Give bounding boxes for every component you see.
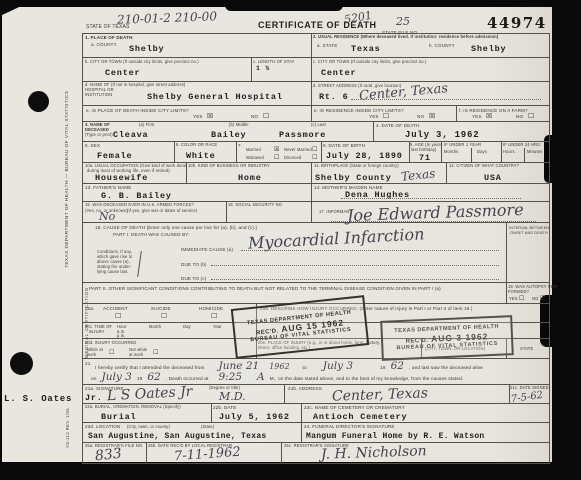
divorced-checkbox: ☐ bbox=[312, 155, 317, 161]
cell-race: 6. COLOR OR RACE White bbox=[174, 142, 237, 162]
cell-registrar-signature: 25c. REGISTRAR'S SIGNATURE J. H. Nichols… bbox=[281, 443, 549, 463]
cell-residence-in-city: e. IS RESIDENCE INSIDE CITY LIMITS? YES … bbox=[311, 106, 457, 121]
street-address-value: Rt. 6 bbox=[319, 93, 349, 102]
sex-value: Female bbox=[97, 152, 132, 161]
last-name-value: Passmore bbox=[279, 131, 326, 140]
row-parents: 13. FATHER'S NAME G. B. Bailey 14. MOTHE… bbox=[83, 184, 549, 202]
conditions-brace bbox=[137, 251, 142, 277]
certify-time-handwritten: 9:25 bbox=[218, 372, 242, 383]
death-in-city-yes-checkbox: ☒ bbox=[207, 113, 213, 120]
date-of-birth-value: July 28, 1890 bbox=[326, 152, 403, 161]
married-label: Married bbox=[246, 148, 261, 153]
farm-no-label: NO bbox=[516, 114, 523, 120]
registrar-signature-handwritten: J. H. Nicholson bbox=[321, 444, 427, 462]
certificate-number: 44974 bbox=[487, 16, 547, 31]
residence-in-city-label: e. IS RESIDENCE INSIDE CITY LIMITS? bbox=[314, 108, 404, 114]
cell-residence-city: c. CITY OR TOWN (If outside city limits,… bbox=[311, 58, 549, 81]
funeral-director-label: 24. FUNERAL DIRECTOR'S SIGNATURE bbox=[304, 424, 395, 430]
scan-corner-top-left bbox=[0, 0, 34, 16]
widowed-label: Widowed bbox=[246, 156, 264, 161]
row-name: 3. NAME OF DECEASED (Type or print) (a) … bbox=[83, 122, 549, 142]
fill-line bbox=[241, 233, 499, 251]
fill-line bbox=[351, 82, 541, 100]
location-label: 22d. LOCATION bbox=[85, 424, 120, 430]
cell-father: 13. FATHER'S NAME G. B. Bailey bbox=[83, 184, 312, 201]
month-label: Month bbox=[149, 325, 161, 330]
death-city-value: Center bbox=[105, 69, 140, 78]
hole-punch-top bbox=[28, 91, 49, 112]
residence-city-value: Center bbox=[321, 69, 356, 78]
homicide-checkbox: ☐ bbox=[211, 313, 217, 320]
cell-if-under-1-year: IF UNDER 1 YEAR Months Days bbox=[441, 142, 502, 162]
row-registrar: 25a. REGISTRAR'S FILE NO. 833 25b. DATE … bbox=[83, 443, 549, 463]
day-label: Day bbox=[183, 325, 191, 330]
place-of-death-section-label: 1. PLACE OF DEATH bbox=[85, 35, 133, 41]
hospital-value: Shelby General Hospital bbox=[147, 93, 283, 102]
months-label: Months bbox=[444, 150, 458, 155]
certify-text-2d: M., on the date stated above, and to the… bbox=[270, 378, 464, 383]
accident-label: ACCIDENT bbox=[103, 306, 128, 312]
days-label: Days bbox=[477, 150, 487, 155]
hole-punch-bottom bbox=[10, 352, 33, 375]
father-value: G. B. Bailey bbox=[101, 192, 172, 201]
armed-forces-handwritten: No bbox=[99, 211, 115, 222]
cell-cause-of-death: 18. CAUSE OF DEATH [Enter only one cause… bbox=[83, 223, 507, 282]
county-value: Shelby bbox=[129, 45, 164, 54]
cell-physician-signature: 21a. SIGNATURE Jr. L S Oates Jr (Degree … bbox=[83, 385, 285, 403]
cell-usual-residence: 2. USUAL RESIDENCE (Where deceased lived… bbox=[311, 34, 549, 57]
part2-label: PART II. OTHER SIGNIFICANT CONDITIONS CO… bbox=[89, 286, 441, 292]
address-label: 21b. ADDRESS bbox=[288, 386, 322, 392]
name-label-3: (Type or print) bbox=[85, 133, 113, 138]
burial-label: 22a. BURIAL, CREMATION, REMOVAL (Specify… bbox=[85, 405, 181, 410]
year-label: Year bbox=[213, 325, 222, 330]
suicide-checkbox: ☐ bbox=[161, 313, 167, 320]
cause-of-death-section-label: 18. CAUSE OF DEATH [Enter only one cause… bbox=[95, 225, 257, 231]
race-label: 6. COLOR OR RACE bbox=[176, 143, 217, 148]
cell-marital-status: 7. Married ☒ Never Married ☐ Widowed ☐ D… bbox=[236, 142, 322, 162]
minutes-label: Minutes bbox=[527, 150, 542, 155]
certify-text-2a: on bbox=[91, 378, 97, 383]
suicide-label: SUICIDE bbox=[151, 306, 171, 312]
burial-value: Burial bbox=[101, 413, 136, 422]
row-city: b. CITY OR TOWN (If outside city limits,… bbox=[83, 58, 549, 82]
cell-birthplace: 11. BIRTHPLACE (State or foreign country… bbox=[311, 163, 447, 183]
cell-funeral-director: 24. FUNERAL DIRECTOR'S SIGNATURE Mangum … bbox=[301, 423, 549, 442]
burial-date-label: 22b. DATE bbox=[213, 405, 236, 411]
while-at-work-label-2: work bbox=[87, 353, 96, 358]
cell-burial-date: 22b. DATE July 5, 1962 bbox=[211, 404, 302, 422]
cell-citizen: 12. CITIZEN OF WHAT COUNTRY? USA bbox=[446, 163, 549, 183]
residence-on-farm-label: f. IS RESIDENCE ON A FARM? bbox=[459, 108, 528, 114]
age-value: 71 bbox=[419, 154, 431, 163]
degree-handwritten: M.D. bbox=[219, 391, 246, 402]
cell-hospital: d. NAME OF (If not in hospital, give str… bbox=[83, 82, 312, 105]
cell-burial-location: 22d. LOCATION (City, town, or county) (S… bbox=[83, 423, 302, 442]
county-label: a. COUNTY bbox=[91, 42, 117, 48]
due-to-c-label: DUE TO (c) bbox=[181, 276, 206, 282]
cell-mother: 14. MOTHER'S MAIDEN NAME Dena Hughes bbox=[311, 184, 549, 201]
cell-registrar-date: 25b. DATE REC'D BY LOCAL REGISTRAR 7-11-… bbox=[146, 443, 282, 463]
cell-interval: INTERVAL BETWEEN ONSET AND DEATH bbox=[506, 223, 549, 282]
first-name-value: Cleava bbox=[113, 131, 148, 140]
cell-death-city: b. CITY OR TOWN (If outside city limits,… bbox=[83, 58, 252, 81]
certify-text-2c: . Death occurred at bbox=[166, 378, 209, 383]
cell-injury-occurred: 20d. INJURY OCCURRED While at work ☐ Not… bbox=[83, 339, 257, 358]
location-sub-city: (City, town, or county) bbox=[127, 425, 170, 430]
divider bbox=[524, 148, 525, 163]
autopsy-no-label: NO bbox=[532, 297, 538, 302]
location-sub-state: (State) bbox=[201, 425, 214, 430]
part1-label: PART I. DEATH WAS CAUSED BY: bbox=[113, 232, 190, 238]
row-armed-forces: 15. WAS DECEASED EVER IN U.S. ARMED FORC… bbox=[83, 202, 549, 223]
residence-in-city-no-checkbox: ☒ bbox=[429, 113, 435, 120]
cell-sex: 5. SEX Female bbox=[83, 142, 175, 162]
cell-name-of-deceased: 3. NAME OF DECEASED (Type or print) (a) … bbox=[83, 122, 374, 141]
certify-to-year-handwritten: 62 bbox=[391, 361, 404, 372]
certification-item-label: 21. bbox=[85, 361, 92, 367]
location-value: San Augustine, San Augustine, Texas bbox=[88, 433, 267, 441]
cell-place-of-death-county: 1. PLACE OF DEATH a. COUNTY Shelby bbox=[83, 34, 312, 57]
due-to-b-label: DUE TO (b) bbox=[181, 262, 207, 268]
father-label: 13. FATHER'S NAME bbox=[85, 185, 131, 191]
fill-line bbox=[211, 265, 499, 280]
scan-edge-right bbox=[552, 0, 581, 480]
date-of-birth-label: 8. DATE OF BIRTH bbox=[323, 143, 365, 149]
cell-occupation: 10a. USUAL OCCUPATION (Give kind of work… bbox=[83, 163, 187, 183]
cell-burial: 22a. BURIAL, CREMATION, REMOVAL (Specify… bbox=[83, 404, 212, 422]
residence-county-value: Shelby bbox=[471, 45, 506, 54]
autopsy-yes-label: YES bbox=[509, 297, 518, 302]
autopsy-no-checkbox: ☐ bbox=[540, 296, 545, 302]
cell-business: 10b. KIND OF BUSINESS OR INDUSTRY Home bbox=[186, 163, 312, 183]
first-name-label: (a) First bbox=[139, 123, 154, 128]
farm-yes-label: YES bbox=[472, 114, 482, 120]
death-in-city-label: e. IS PLACE OF DEATH INSIDE CITY LIMITS? bbox=[86, 108, 189, 114]
under-1-year-label: IF UNDER 1 YEAR bbox=[444, 143, 481, 148]
marital-label: 7. bbox=[238, 143, 242, 149]
certify-from-year-handwritten: 1962 bbox=[269, 363, 289, 371]
not-while-at-work-label-2: at work bbox=[129, 353, 143, 358]
usual-residence-section-label: 2. USUAL RESIDENCE (Where deceased lived… bbox=[313, 35, 498, 40]
death-in-city-yes-label: YES bbox=[193, 114, 203, 120]
scan-edge-left bbox=[0, 0, 2, 480]
date-of-death-value: July 3, 1962 bbox=[405, 131, 479, 140]
fill-line bbox=[211, 251, 499, 266]
hospital-label-3: INSTITUTION bbox=[85, 93, 112, 98]
while-at-work-checkbox: ☐ bbox=[109, 350, 114, 356]
certify-meridiem-handwritten: A bbox=[257, 372, 265, 383]
scan-edge-bottom bbox=[0, 462, 581, 480]
interval-label-1: INTERVAL BETWEEN bbox=[509, 226, 549, 231]
certificate-form: 1. PLACE OF DEATH a. COUNTY Shelby 2. US… bbox=[82, 33, 550, 464]
farm-no-checkbox: ☐ bbox=[528, 113, 534, 120]
cell-age: 9. AGE (In years last birthday) 71 bbox=[409, 142, 442, 162]
certify-on-handwritten: July 3 bbox=[102, 372, 132, 383]
cell-informant: 17. INFORMANT Joe Edward Passmore bbox=[311, 202, 549, 222]
funeral-director-value: Mangum Funeral Home by R. E. Watson bbox=[306, 433, 485, 441]
margin-typed-physician-name: L. S. Oates bbox=[4, 395, 72, 404]
cell-physician-address: 21b. ADDRESS Center, Texas bbox=[284, 385, 510, 403]
cell-length-of-stay: c. LENGTH OF STAY 1 ½ bbox=[251, 58, 312, 81]
injury-occurred-label: 20d. INJURY OCCURRED bbox=[85, 341, 137, 346]
middle-name-value: Bailey bbox=[211, 131, 246, 140]
homicide-label: HOMICIDE bbox=[199, 306, 223, 312]
fill-line bbox=[341, 184, 521, 199]
row-demographics: 5. SEX Female 6. COLOR OR RACE White 7. … bbox=[83, 142, 549, 163]
received-stamp-local: TEXAS DEPARTMENT OF HEALTH REC'D. AUG 3 … bbox=[380, 315, 514, 361]
residence-in-city-yes-label: YES bbox=[369, 114, 379, 120]
residence-in-city-yes-checkbox: ☐ bbox=[383, 113, 389, 120]
manner-item-label: 20a. bbox=[85, 306, 95, 312]
citizen-value: USA bbox=[484, 174, 502, 183]
row-hospital: d. NAME OF (If not in hospital, give str… bbox=[83, 82, 549, 106]
certify-on-year-handwritten: 62 bbox=[147, 372, 160, 383]
death-in-city-no-label: NO bbox=[251, 114, 258, 120]
under-24-hrs-label: IF UNDER 24 HRS. bbox=[503, 143, 541, 148]
never-married-checkbox: ☐ bbox=[312, 147, 317, 153]
address-handwritten: Center, Texas bbox=[332, 386, 428, 403]
handwritten-district-codes: 210-01-2 210-00 bbox=[117, 10, 217, 25]
cemetery-value: Antioch Cemetery bbox=[313, 413, 407, 422]
never-married-label: Never Married bbox=[284, 148, 312, 153]
cell-date-signed: 21c. DATE SIGNED 7-5-62 bbox=[509, 385, 549, 403]
certify-text-2b: 19 bbox=[137, 378, 143, 383]
physician-signature-handwritten: L S Oates Jr bbox=[107, 385, 193, 403]
row-occupation: 10a. USUAL OCCUPATION (Give kind of work… bbox=[83, 163, 549, 184]
residence-state-label: a. STATE bbox=[317, 43, 337, 49]
death-in-city-no-checkbox: ☐ bbox=[263, 113, 269, 120]
row-signature: 21a. SIGNATURE Jr. L S Oates Jr (Degree … bbox=[83, 385, 549, 404]
residence-city-label: c. CITY OR TOWN (If outside city limits,… bbox=[313, 60, 427, 65]
cell-time-of-injury: 20c. TIME OF INJURY Hour a.m. p.m. Month… bbox=[83, 323, 257, 338]
hours-label: Hours bbox=[503, 150, 515, 155]
row-city-limits: e. IS PLACE OF DEATH INSIDE CITY LIMITS?… bbox=[83, 106, 549, 122]
race-value: White bbox=[186, 152, 216, 161]
business-label: 10b. KIND OF BUSINESS OR INDUSTRY bbox=[188, 164, 270, 169]
certification-line-2: on July 3 19 62 . Death occurred at 9:25… bbox=[91, 372, 463, 383]
death-city-label: b. CITY OR TOWN (If outside city limits,… bbox=[85, 60, 199, 65]
cemetery-label: 22c. NAME OF CEMETERY OR CREMATORY bbox=[304, 405, 405, 411]
registrar-date-handwritten: 7-11-1962 bbox=[174, 446, 241, 464]
conditions-label-5: lying cause last. bbox=[97, 270, 129, 275]
occupation-value: Housewife bbox=[95, 174, 148, 183]
date-of-death-label: 4. DATE OF DEATH bbox=[376, 123, 420, 129]
accident-checkbox: ☐ bbox=[115, 313, 121, 320]
scanned-death-certificate: TEXAS DEPARTMENT OF HEALTH — BUREAU OF V… bbox=[0, 0, 581, 480]
cell-registrar-file-no: 25a. REGISTRAR'S FILE NO. 833 bbox=[83, 443, 147, 463]
cell-residence-on-farm: f. IS RESIDENCE ON A FARM? YES ☒ NO ☐ bbox=[456, 106, 549, 121]
cell-part2: PART II. OTHER SIGNIFICANT CONDITIONS CO… bbox=[83, 283, 507, 303]
cell-death-in-city: e. IS PLACE OF DEATH INSIDE CITY LIMITS?… bbox=[83, 106, 312, 121]
business-value: Home bbox=[238, 174, 262, 183]
birthplace-handwritten: Texas bbox=[400, 167, 435, 183]
length-of-stay-value: 1 ½ bbox=[256, 66, 270, 73]
row-cause-of-death: 18. CAUSE OF DEATH [Enter only one cause… bbox=[83, 223, 549, 283]
certify-from-handwritten: June 21 bbox=[219, 361, 260, 372]
last-name-label: (c) Last bbox=[311, 123, 326, 128]
time-of-injury-label-2: INJURY bbox=[89, 330, 105, 335]
widowed-checkbox: ☐ bbox=[274, 155, 279, 161]
residence-county-label: b. COUNTY bbox=[429, 43, 455, 49]
handwritten-code-b: 25 bbox=[396, 16, 410, 27]
signature-typed-jr: Jr. bbox=[85, 394, 103, 403]
row-certification: 21. I hereby certify that I attended the… bbox=[83, 359, 549, 385]
cell-ssn: 16. SOCIAL SECURITY NO. bbox=[226, 202, 312, 222]
farm-yes-checkbox: ☒ bbox=[486, 113, 492, 120]
registrar-file-handwritten: 833 bbox=[94, 447, 122, 464]
margin-agency-text: TEXAS DEPARTMENT OF HEALTH — BUREAU OF V… bbox=[66, 91, 71, 268]
divorced-label: Divorced bbox=[284, 156, 301, 161]
sex-label: 5. SEX bbox=[85, 143, 100, 149]
injury-state-label: STATE bbox=[520, 347, 533, 352]
row-burial: 22a. BURIAL, CREMATION, REMOVAL (Specify… bbox=[83, 404, 549, 423]
margin-form-code: VS-112 REV. 1/56 bbox=[66, 408, 70, 448]
cell-date-of-death: 4. DATE OF DEATH July 3, 1962 bbox=[373, 122, 549, 141]
cell-autopsy: 19. WAS AUTOPSY PER- FORMED? YES ☐ NO ☐ bbox=[506, 283, 549, 303]
certify-to-handwritten: July 3 bbox=[323, 361, 353, 372]
autopsy-yes-checkbox: ☐ bbox=[519, 296, 524, 302]
scan-blob-top bbox=[225, 0, 343, 11]
armed-forces-sub-2: (If yes, give war or dates of service) bbox=[127, 209, 197, 214]
residence-in-city-no-label: NO bbox=[417, 114, 424, 120]
cell-armed-forces: 15. WAS DECEASED EVER IN U.S. ARMED FORC… bbox=[83, 202, 227, 222]
cell-street-address: d. STREET ADDRESS (If rural, give locati… bbox=[311, 82, 549, 105]
citizen-label: 12. CITIZEN OF WHAT COUNTRY? bbox=[449, 164, 519, 169]
row-location: 22d. LOCATION (City, town, or county) (S… bbox=[83, 423, 549, 443]
birthplace-label: 11. BIRTHPLACE (State or foreign country… bbox=[314, 164, 399, 169]
not-while-at-work-checkbox: ☐ bbox=[153, 350, 158, 356]
cell-cemetery: 22c. NAME OF CEMETERY OR CREMATORY Antio… bbox=[301, 404, 549, 422]
ssn-label: 16. SOCIAL SECURITY NO. bbox=[228, 203, 283, 208]
cell-if-under-24-hrs: IF UNDER 24 HRS. Hours Minutes bbox=[501, 142, 549, 162]
row-county: 1. PLACE OF DEATH a. COUNTY Shelby 2. US… bbox=[83, 34, 549, 58]
divider bbox=[471, 148, 472, 163]
middle-name-label: (b) Middle bbox=[229, 123, 249, 128]
birthplace-value: Shelby County bbox=[315, 174, 392, 183]
interval-label-2: ONSET AND DEATH bbox=[510, 231, 548, 236]
cell-date-of-birth: 8. DATE OF BIRTH July 28, 1890 bbox=[321, 142, 410, 162]
residence-state-value: Texas bbox=[351, 45, 381, 54]
burial-date-value: July 5, 1962 bbox=[219, 413, 290, 422]
married-checkbox: ☒ bbox=[274, 147, 279, 153]
date-signed-label: 21c. DATE SIGNED bbox=[510, 386, 549, 391]
